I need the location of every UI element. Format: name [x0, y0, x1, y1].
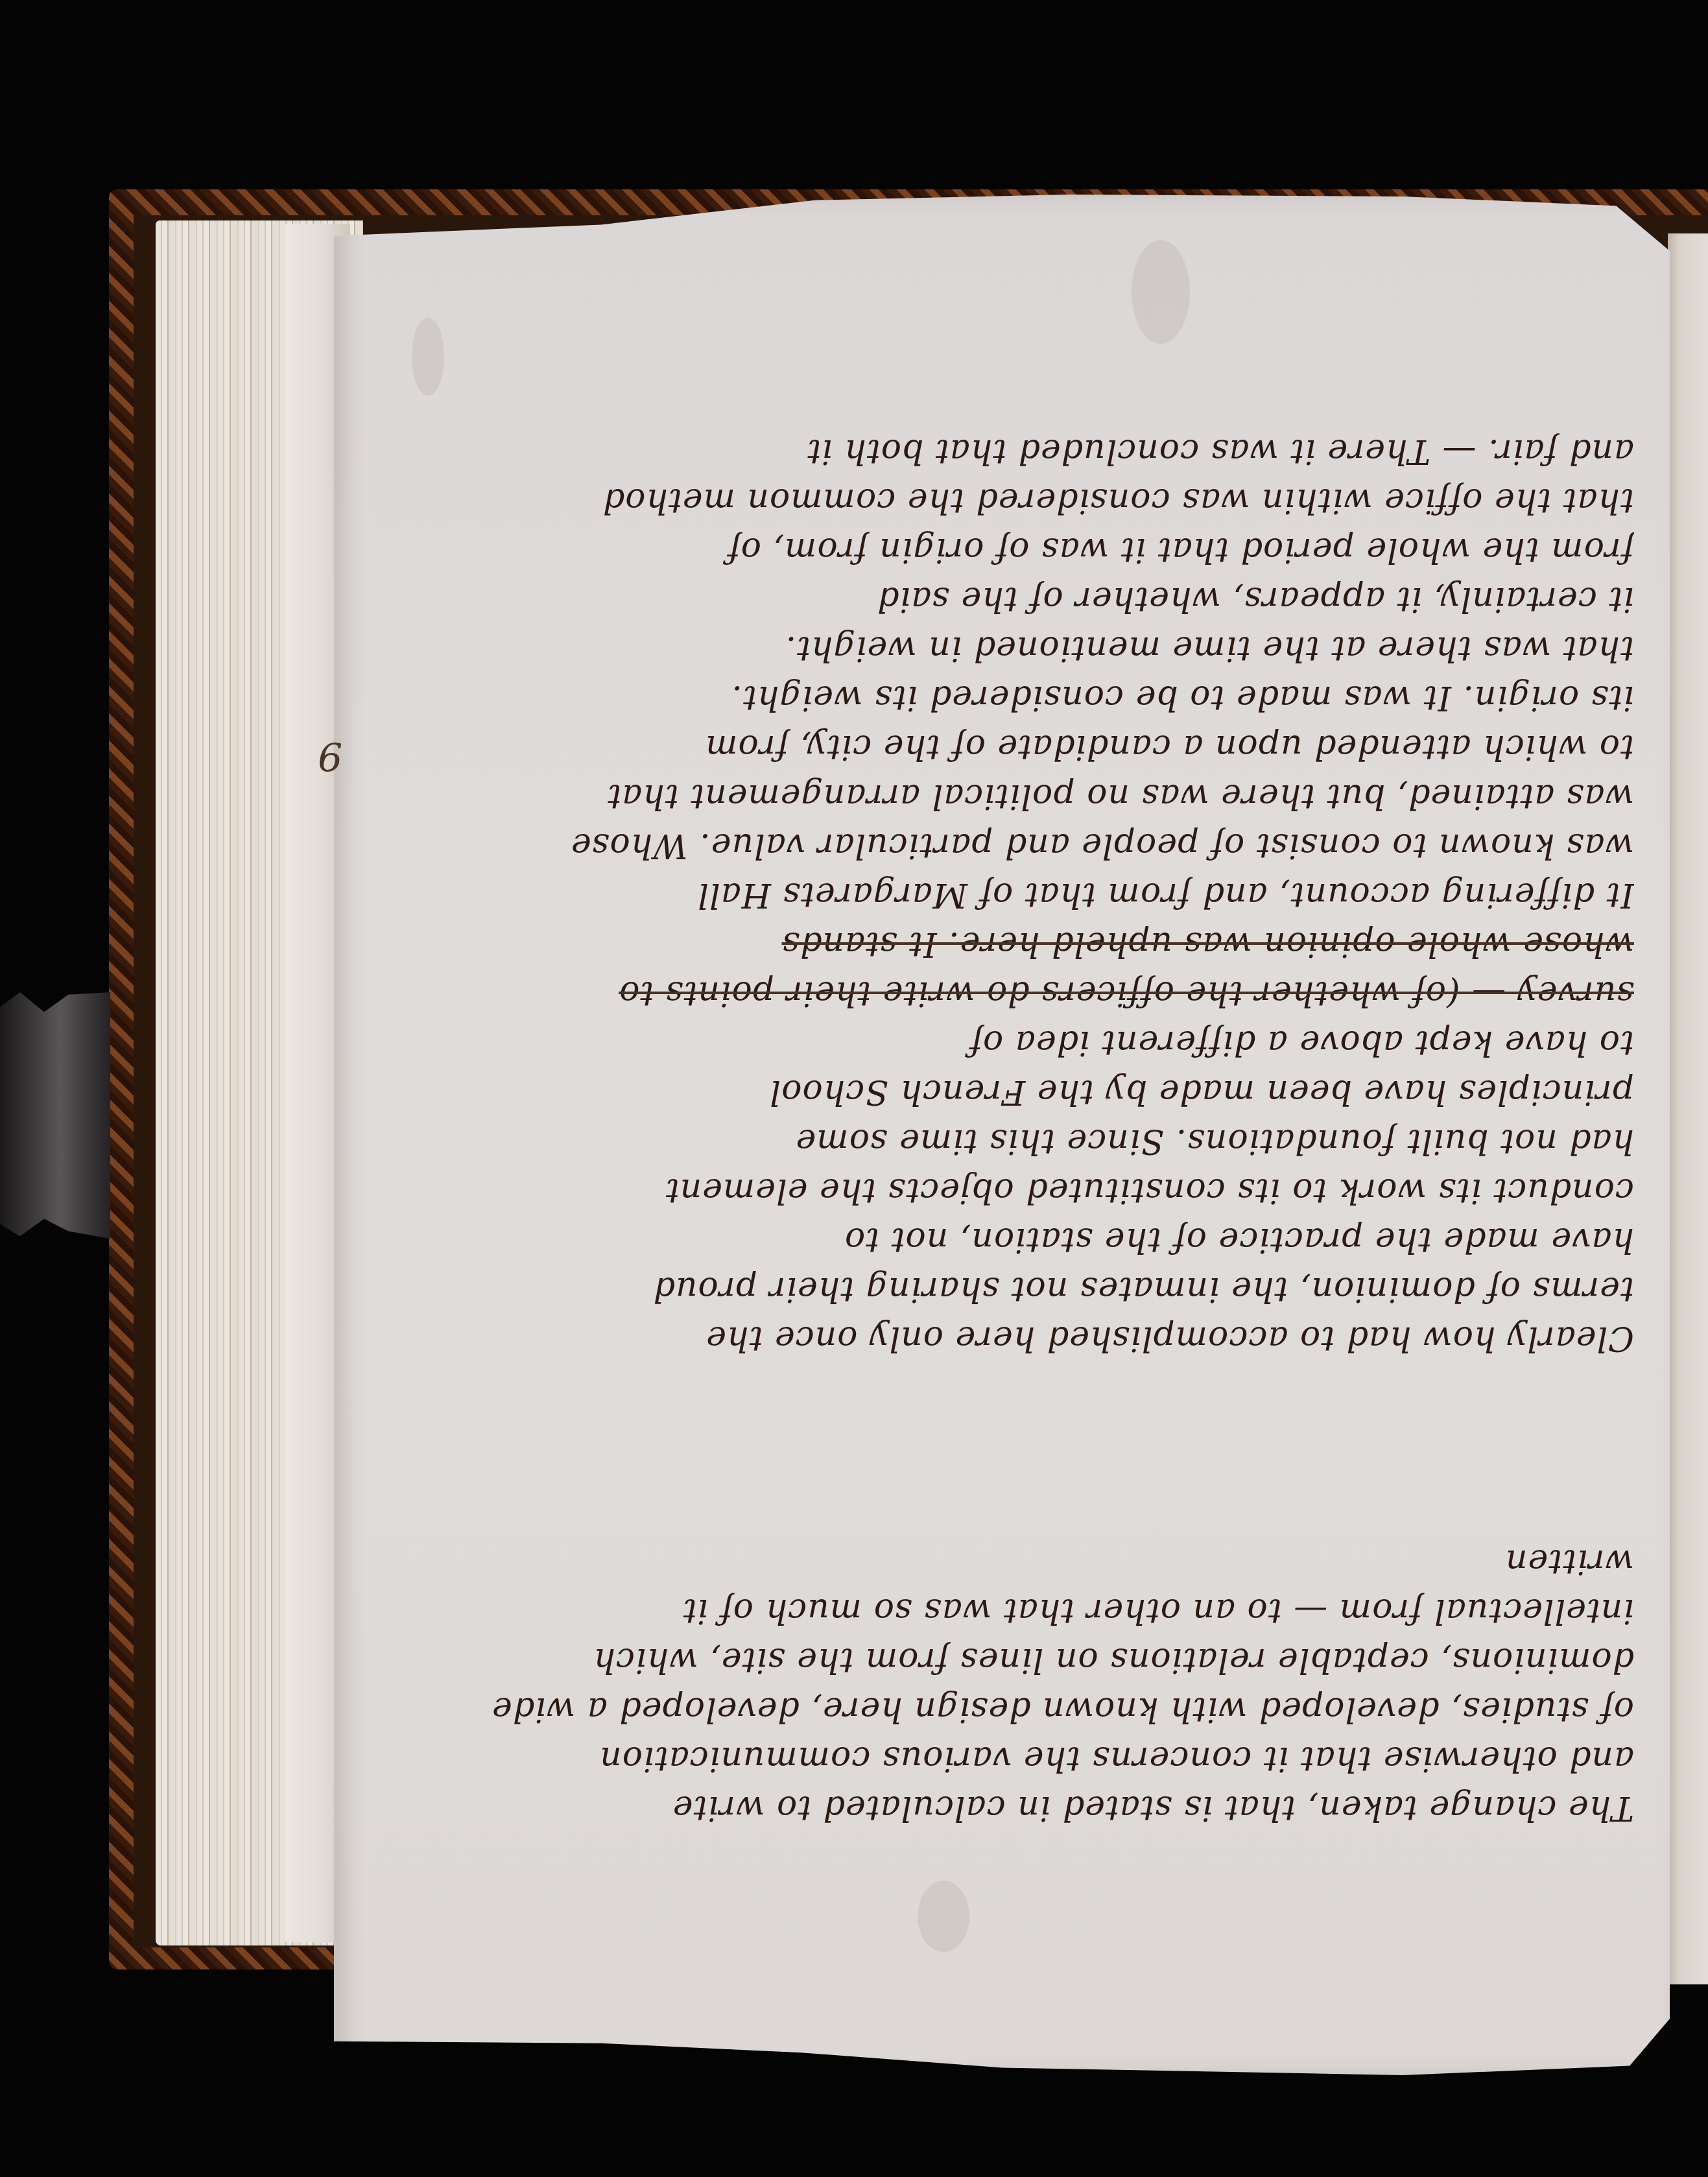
text-line: intellectual from — to an other that was…: [415, 1586, 1634, 1636]
lower-text-block: The change taken, that is stated in calc…: [415, 1537, 1634, 1833]
facing-page-edge: [1668, 233, 1708, 1984]
text-line: of studies, developed with known design …: [415, 1685, 1634, 1734]
struck-text-line: whose whole opinion was upheld here. It …: [415, 920, 1634, 969]
text-line: written: [415, 1537, 1634, 1586]
text-line: principles have been made by the French …: [415, 1067, 1634, 1117]
text-line: and otherwise that it concerns the vario…: [415, 1734, 1634, 1783]
text-line: that the office within was considered th…: [415, 476, 1634, 525]
stain-mark: [918, 1881, 969, 1952]
metal-clasp: [0, 992, 110, 1239]
text-line: that was there at the time mentioned in …: [415, 624, 1634, 673]
text-line: had not built foundations. Since this ti…: [415, 1117, 1634, 1166]
text-line: have made the practice of the station, n…: [415, 1215, 1634, 1265]
text-line: to which attended upon a candidate of th…: [415, 722, 1634, 772]
page-number-mark: 9: [318, 733, 342, 778]
text-line: and fair. — There it was concluded that …: [415, 427, 1634, 476]
text-line: from the whole period that it was of ori…: [415, 525, 1634, 575]
text-line: its origin. It was made to be considered…: [415, 673, 1634, 722]
text-line: to have kept above a different idea of: [415, 1018, 1634, 1067]
text-line: it certainly, it appears, whether of the…: [415, 575, 1634, 624]
text-line: was known to consist of people and parti…: [415, 821, 1634, 870]
text-line: It differing account, and from that of M…: [415, 870, 1634, 920]
text-line: terms of dominion, the inmates not shari…: [415, 1265, 1634, 1314]
struck-text-line: survey — (of whether the officers do wri…: [415, 969, 1634, 1018]
text-line: was attained, but there was no political…: [415, 772, 1634, 821]
text-line: Clearly how had to accomplished here onl…: [415, 1314, 1634, 1363]
upper-text-block: Clearly how had to accomplished here onl…: [415, 279, 1634, 1363]
text-line: dominions, ceptable relations on lines f…: [415, 1636, 1634, 1685]
text-line: The change taken, that is stated in calc…: [415, 1783, 1634, 1833]
text-line: conduct its work to its constituted obje…: [415, 1166, 1634, 1215]
